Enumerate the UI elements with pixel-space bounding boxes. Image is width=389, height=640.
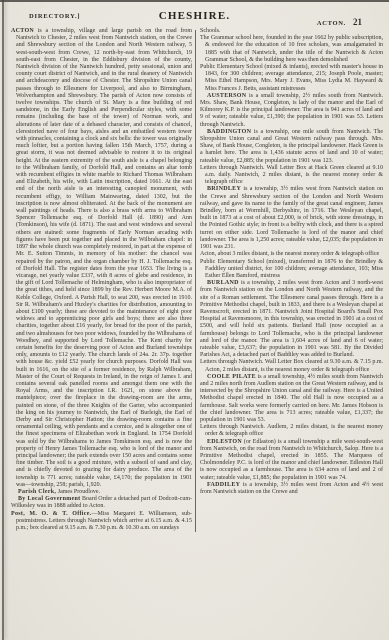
local-government-lead: By Local Government [18, 496, 80, 502]
paragraph-text: is a township, 2 miles west from Acton a… [200, 280, 383, 358]
township-name-brindley: BRINDLEY [207, 186, 241, 192]
township-name-edleston: EDLESTON [207, 439, 242, 445]
township-name-baddington: BADDINGTON [207, 129, 251, 135]
paragraph-letters-baddington: Letters through Nantwich. Wall Letter Bo… [200, 165, 383, 187]
paragraph-austerson: AUSTERSON is a small township, 2½ miles … [200, 93, 383, 129]
township-name-coole-pilate: COOLE PILATE [207, 374, 256, 380]
paragraph-text: is a township, 3½ miles west from Nantwi… [200, 186, 383, 250]
paragraph-text: Acton, about 3 miles distant, is the nea… [200, 251, 379, 257]
paragraph-acton: ACTON is a township, village and large p… [11, 28, 192, 489]
paragraph-text: James Proudlove. [58, 489, 100, 495]
paragraph-text: Public Elementary School (mixed & infant… [200, 64, 383, 92]
paragraph-coole-pilate: COOLE PILATE is a small township, 4½ mil… [200, 374, 383, 424]
paragraph-letters-burland: Letters through Nantwich. Wall Letter Bo… [200, 359, 383, 373]
right-column: Schools. The Grammar school here, founde… [200, 28, 383, 532]
page-number: 21 [353, 17, 362, 27]
left-column: ACTON is a township, village and large p… [11, 28, 192, 532]
scan-binding-edge [2, 0, 4, 640]
parish-clerk-label: Parish Clerk, [18, 489, 56, 495]
paragraph-text: Letters through Nantwich. Wall Letter Bo… [200, 165, 383, 185]
paragraph-text: is a small township, 4½ miles south from… [200, 374, 383, 423]
paragraph-text: Letters through Nantwich. Audlem, 2 mile… [200, 424, 383, 437]
township-name-faddiley: FADDILEY [207, 482, 240, 488]
scan-top-edge [0, 0, 389, 2]
paragraph-baddington: BADDINGTON is a township, one mile south… [200, 129, 383, 165]
paragraph-elementary-school-brindley: Public Elementary School (mixed), transf… [200, 259, 383, 281]
paragraph-text: is a township, village and large parish … [16, 28, 192, 488]
paragraph-local-government-order: By Local Government Board Order a detach… [11, 496, 192, 510]
text-columns: ACTON is a township, village and large p… [11, 28, 383, 532]
paragraph-text: The Grammar school here, founded in the … [200, 35, 383, 63]
column-divider [195, 30, 196, 532]
township-name-austerson: AUSTERSON [207, 93, 246, 99]
paragraph-grammar-school: The Grammar school here, founded in the … [200, 35, 383, 64]
paragraph-elementary-school-acton: Public Elementary School (mixed & infant… [200, 64, 383, 93]
township-name-burland: BURLAND [207, 280, 239, 286]
paragraph-letters-coole-pilate: Letters through Nantwich. Audlem, 2 mile… [200, 424, 383, 438]
paragraph-post-office: Post, M. O. & T. Office.—Miss Margaret E… [11, 511, 192, 533]
township-name-acton: ACTON [11, 28, 34, 34]
place-name: ACTON. [317, 20, 346, 27]
paragraph-brindley-post-note: Acton, about 3 miles distant, is the nea… [200, 251, 383, 258]
page-header: DIRECTORY.] CHESHIRE. ACTON.21 [0, 10, 389, 24]
paragraph-text: (or Edlaston) is a small township a mile… [200, 439, 383, 481]
directory-page: DIRECTORY.] CHESHIRE. ACTON.21 ACTON is … [0, 0, 389, 640]
post-office-lead: Post, M. O. & T. Office. [11, 511, 92, 517]
paragraph-faddiley: FADDILEY is a township, 3½ miles west fr… [200, 482, 383, 496]
paragraph-brindley: BRINDLEY is a township, 3½ miles west fr… [200, 186, 383, 251]
paragraph-edleston: EDLESTON (or Edlaston) is a small townsh… [200, 439, 383, 482]
paragraph-burland: BURLAND is a township, 2 miles west from… [200, 280, 383, 359]
header-right: ACTON.21 [317, 12, 362, 30]
paragraph-text: Public Elementary School (mixed), transf… [200, 259, 383, 279]
paragraph-text: Letters through Nantwich. Wall Letter Bo… [200, 359, 383, 372]
